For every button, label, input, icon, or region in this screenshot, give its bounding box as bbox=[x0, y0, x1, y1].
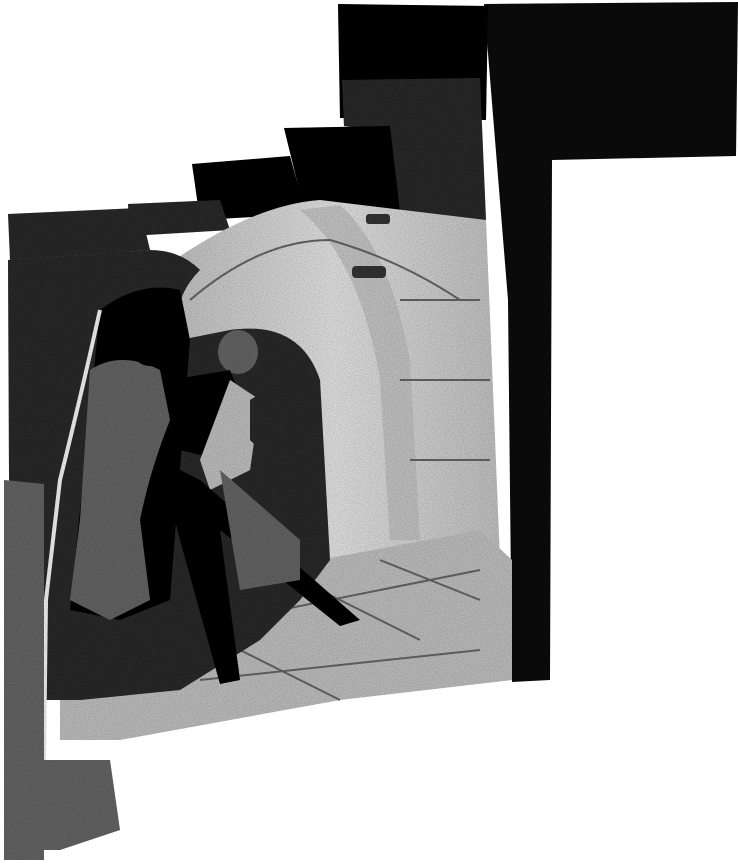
black-frame bbox=[484, 2, 738, 682]
illustration-canvas bbox=[0, 0, 738, 864]
lamp-icon bbox=[352, 266, 386, 278]
lamp-icon bbox=[366, 214, 390, 224]
illustration: Black-and-white halftone illustration: t… bbox=[0, 0, 738, 864]
